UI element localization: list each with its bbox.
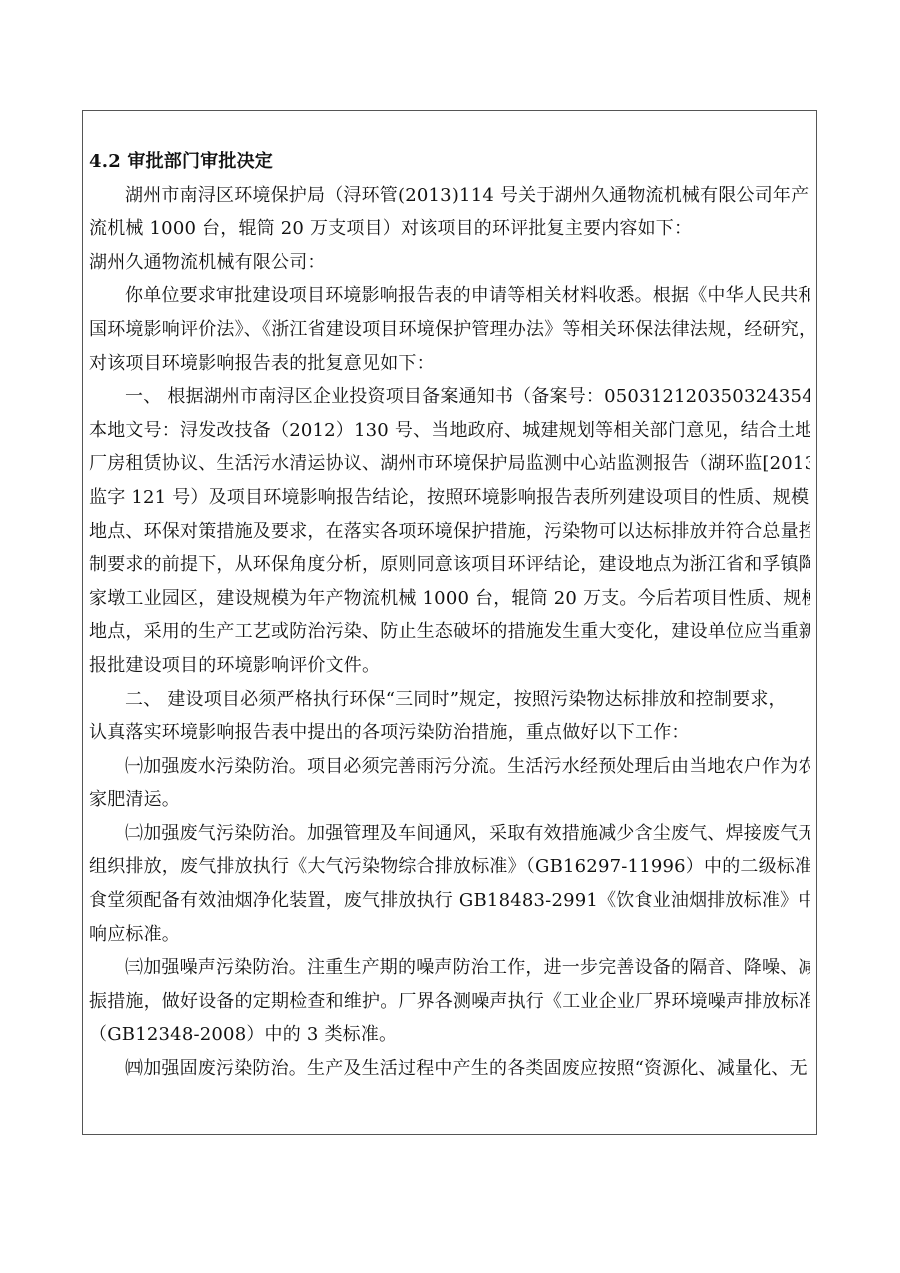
- paragraph-line: 对该项目环境影响报告表的批复意见如下：: [89, 347, 810, 381]
- section-heading: 4.2 审批部门审批决定: [89, 145, 810, 179]
- paragraph-line: 流机械 1000 台，辊筒 20 万支项目）对该项目的环评批复主要内容如下：: [89, 212, 810, 246]
- paragraph-line: ㈢加强噪声污染防治。注重生产期的噪声防治工作，进一步完善设备的隔音、降噪、减: [89, 951, 810, 985]
- paragraph-line: 二、 建设项目必须严格执行环保“三同时”规定，按照污染物达标排放和控制要求，: [89, 683, 810, 717]
- paragraph-line: 厂房租赁协议、生活污水清运协议、湖州市环境保护局监测中心站监测报告（湖环监[20…: [89, 447, 810, 481]
- paragraph-line: 一、 根据湖州市南浔区企业投资项目备案通知书（备案号：0503121203503…: [89, 380, 810, 414]
- paragraph-line: 地点，采用的生产工艺或防治污染、防止生态破坏的措施发生重大变化，建设单位应当重新: [89, 615, 810, 649]
- paragraph-line: 报批建设项目的环境影响评价文件。: [89, 649, 810, 683]
- paragraph-line: ㈣加强固废污染防治。生产及生活过程中产生的各类固废应按照“资源化、减量化、无: [89, 1052, 810, 1086]
- paragraph-line: ㈡加强废气污染防治。加强管理及车间通风，采取有效措施减少含尘废气、焊接废气无: [89, 817, 810, 851]
- paragraph-line: 认真落实环境影响报告表中提出的各项污染防治措施，重点做好以下工作：: [89, 716, 810, 750]
- paragraph-line: 制要求的前提下，从环保角度分析，原则同意该项目环评结论，建设地点为浙江省和孚镇陶: [89, 548, 810, 582]
- paragraph-line: 组织排放，废气排放执行《大气污染物综合排放标准》（GB16297-11996）中…: [89, 850, 810, 884]
- paragraph-line: ㈠加强废水污染防治。项目必须完善雨污分流。生活污水经预处理后由当地农户作为农: [89, 750, 810, 784]
- paragraph-line: 食堂须配备有效油烟净化装置，废气排放执行 GB18483-2991《饮食业油烟排…: [89, 884, 810, 918]
- paragraph-line: 振措施，做好设备的定期检查和维护。厂界各测噪声执行《工业企业厂界环境噪声排放标准…: [89, 985, 810, 1019]
- addressee-line: 湖州久通物流机械有限公司：: [89, 246, 810, 280]
- paragraph-line: 家墩工业园区，建设规模为年产物流机械 1000 台，辊筒 20 万支。今后若项目…: [89, 582, 810, 616]
- paragraph-line: 湖州市南浔区环境保护局（浔环管(2013)114 号关于湖州久通物流机械有限公司…: [89, 179, 810, 213]
- paragraph-line: 家肥清运。: [89, 783, 810, 817]
- paragraph-line: 响应标准。: [89, 918, 810, 952]
- paragraph-line: 本地文号：浔发改技备（2012）130 号、当地政府、城建规划等相关部门意见，结…: [89, 414, 810, 448]
- document-frame: 4.2 审批部门审批决定 湖州市南浔区环境保护局（浔环管(2013)114 号关…: [82, 110, 817, 1135]
- paragraph-line: （GB12348-2008）中的 3 类标准。: [89, 1018, 810, 1052]
- document-content: 4.2 审批部门审批决定 湖州市南浔区环境保护局（浔环管(2013)114 号关…: [89, 145, 810, 1086]
- paragraph-line: 国环境影响评价法》、《浙江省建设项目环境保护管理办法》等相关环保法律法规，经研究…: [89, 313, 810, 347]
- paragraph-line: 地点、环保对策措施及要求，在落实各项环境保护措施，污染物可以达标排放并符合总量控: [89, 515, 810, 549]
- paragraph-line: 监字 121 号）及项目环境影响报告结论，按照环境影响报告表所列建设项目的性质、…: [89, 481, 810, 515]
- paragraph-line: 你单位要求审批建设项目环境影响报告表的申请等相关材料收悉。根据《中华人民共和: [89, 279, 810, 313]
